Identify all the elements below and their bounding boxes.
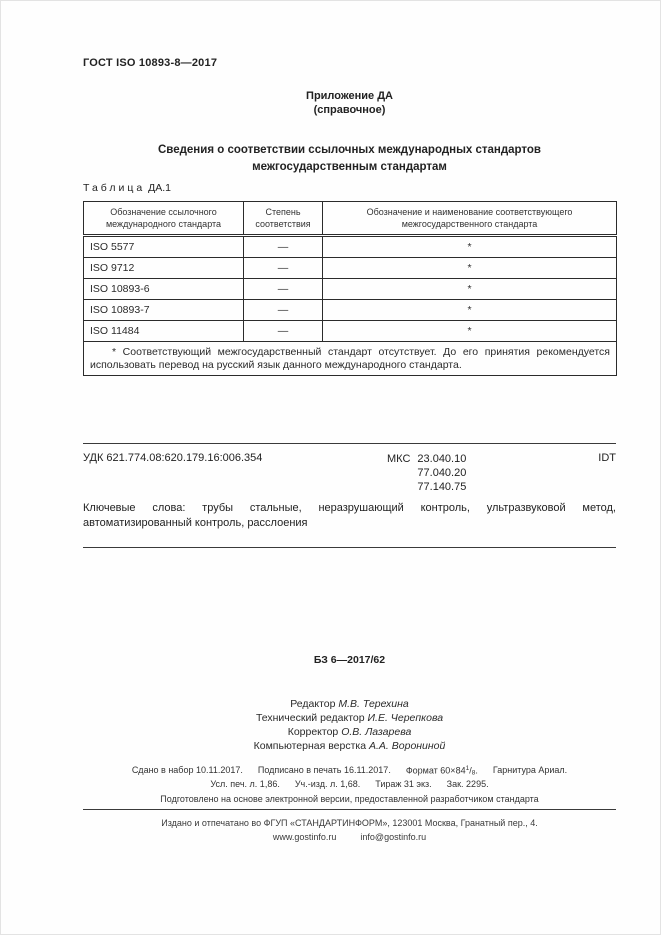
cell-degree: — xyxy=(244,300,323,321)
cell-standard: ISO 5577 xyxy=(84,236,244,258)
credit-name: И.Е. Черепкова xyxy=(368,712,444,724)
email-text: info@gostinfo.ru xyxy=(360,832,426,842)
cell-standard: ISO 11484 xyxy=(84,321,244,342)
publisher-contacts: www.gostinfo.ru info@gostinfo.ru xyxy=(83,832,616,842)
imprint-usl: Усл. печ. л. 1,86. xyxy=(210,779,279,789)
table-footnote: * Соответствующий межгосударственный ста… xyxy=(84,342,617,376)
cell-match: * xyxy=(323,321,617,342)
classification-row: УДК 621.774.08:620.179.16:006.354 МКС 23… xyxy=(83,452,616,500)
table-row: ISO 5577 — * xyxy=(84,236,617,258)
cell-match: * xyxy=(323,258,617,279)
section-title-line1: Сведения о соответствии ссылочных междун… xyxy=(83,142,616,159)
imprint-typeface: Гарнитура Ариал. xyxy=(493,765,567,777)
cell-degree: — xyxy=(244,321,323,342)
ref-standards-table: Обозначение ссылочного международного ст… xyxy=(83,201,617,376)
udk-entry: УДК 621.774.08:620.179.16:006.354 xyxy=(83,452,262,464)
table-row: ISO 9712 — * xyxy=(84,258,617,279)
credit-name: А.А. Ворониной xyxy=(369,740,445,752)
table-footnote-row: * Соответствующий межгосударственный ста… xyxy=(84,342,617,376)
imprint-zak: Зак. 2295. xyxy=(447,779,489,789)
imprint-line1: Сдано в набор 10.11.2017. Подписано в пе… xyxy=(83,765,616,777)
mks-values: 23.040.10 77.040.20 77.140.75 xyxy=(417,452,466,494)
column-header-degree: Степень соответствия xyxy=(244,202,323,236)
imprint-set-date: Сдано в набор 10.11.2017. xyxy=(132,765,243,777)
annex-heading: Приложение ДА (справочное) xyxy=(83,89,616,117)
cell-match: * xyxy=(323,236,617,258)
cell-degree: — xyxy=(244,279,323,300)
divider-above-udk xyxy=(83,443,616,444)
column-header-ref-standard: Обозначение ссылочного международного ст… xyxy=(84,202,244,236)
table-row: ISO 10893-7 — * xyxy=(84,300,617,321)
table-row: ISO 11484 — * xyxy=(84,321,617,342)
table-row: ISO 10893-6 — * xyxy=(84,279,617,300)
mks-value: 77.140.75 xyxy=(417,480,466,494)
cell-degree: — xyxy=(244,236,323,258)
table-header-row: Обозначение ссылочного международного ст… xyxy=(84,202,617,236)
column-header-matching-standard: Обозначение и наименование соответствующ… xyxy=(323,202,617,236)
mks-value: 23.040.10 xyxy=(417,452,466,466)
cell-standard: ISO 9712 xyxy=(84,258,244,279)
divider-above-publisher xyxy=(83,809,616,810)
imprint-format-prefix: Формат 60×84 xyxy=(406,766,466,776)
credit-role: Редактор xyxy=(290,698,335,710)
cell-standard: ISO 10893-7 xyxy=(84,300,244,321)
table-caption-number: ДА.1 xyxy=(148,182,171,194)
imprint-format-period: . xyxy=(475,766,478,776)
imprint-uch: Уч.-изд. л. 1,68. xyxy=(295,779,360,789)
credit-role: Корректор xyxy=(288,726,339,738)
credit-line: Технический редактор И.Е. Черепкова xyxy=(83,711,616,725)
credit-role: Технический редактор xyxy=(256,712,365,724)
annex-subtitle: (справочное) xyxy=(83,103,616,117)
imprint-line2: Усл. печ. л. 1,86. Уч.-изд. л. 1,68. Тир… xyxy=(83,779,616,789)
divider-below-keywords xyxy=(83,547,616,548)
section-title: Сведения о соответствии ссылочных междун… xyxy=(83,142,616,176)
table-caption-word: Таблица xyxy=(83,182,145,194)
table-caption: Таблица ДА.1 xyxy=(83,182,616,194)
cell-match: * xyxy=(323,279,617,300)
document-page: ГОСТ ISO 10893-8—2017 Приложение ДА (спр… xyxy=(0,0,661,935)
website-text: www.gostinfo.ru xyxy=(273,832,337,842)
bz-code: БЗ 6—2017/62 xyxy=(83,654,616,666)
mks-value: 77.040.20 xyxy=(417,466,466,480)
mks-entry: МКС 23.040.10 77.040.20 77.140.75 xyxy=(387,452,466,494)
cell-match: * xyxy=(323,300,617,321)
credit-line: Редактор М.В. Терехина xyxy=(83,697,616,711)
credit-name: О.В. Лазарева xyxy=(341,726,411,738)
credit-line: Корректор О.В. Лазарева xyxy=(83,725,616,739)
cell-degree: — xyxy=(244,258,323,279)
section-title-line2: межгосударственным стандартам xyxy=(83,159,616,176)
credit-line: Компьютерная верстка А.А. Ворониной xyxy=(83,739,616,753)
idt-marker: IDT xyxy=(598,452,616,464)
publisher-line: Издано и отпечатано во ФГУП «СТАНДАРТИНФ… xyxy=(83,818,616,828)
credits-block: Редактор М.В. Терехина Технический редак… xyxy=(83,697,616,753)
imprint-format: Формат 60×841/8. xyxy=(406,765,478,777)
doc-code: ГОСТ ISO 10893-8—2017 xyxy=(83,57,616,69)
imprint-prepared-note: Подготовлено на основе электронной верси… xyxy=(83,794,616,804)
keywords-paragraph: Ключевые слова: трубы стальные, неразруш… xyxy=(83,501,616,530)
imprint-signed-date: Подписано в печать 16.11.2017. xyxy=(258,765,391,777)
cell-standard: ISO 10893-6 xyxy=(84,279,244,300)
imprint-tirazh: Тираж 31 экз. xyxy=(375,779,431,789)
credit-role: Компьютерная верстка xyxy=(254,740,366,752)
annex-title: Приложение ДА xyxy=(83,89,616,103)
credit-name: М.В. Терехина xyxy=(338,698,408,710)
mks-label: МКС xyxy=(387,452,410,494)
udk-value: 621.774.08:620.179.16:006.354 xyxy=(106,452,262,464)
udk-label: УДК xyxy=(83,452,103,464)
